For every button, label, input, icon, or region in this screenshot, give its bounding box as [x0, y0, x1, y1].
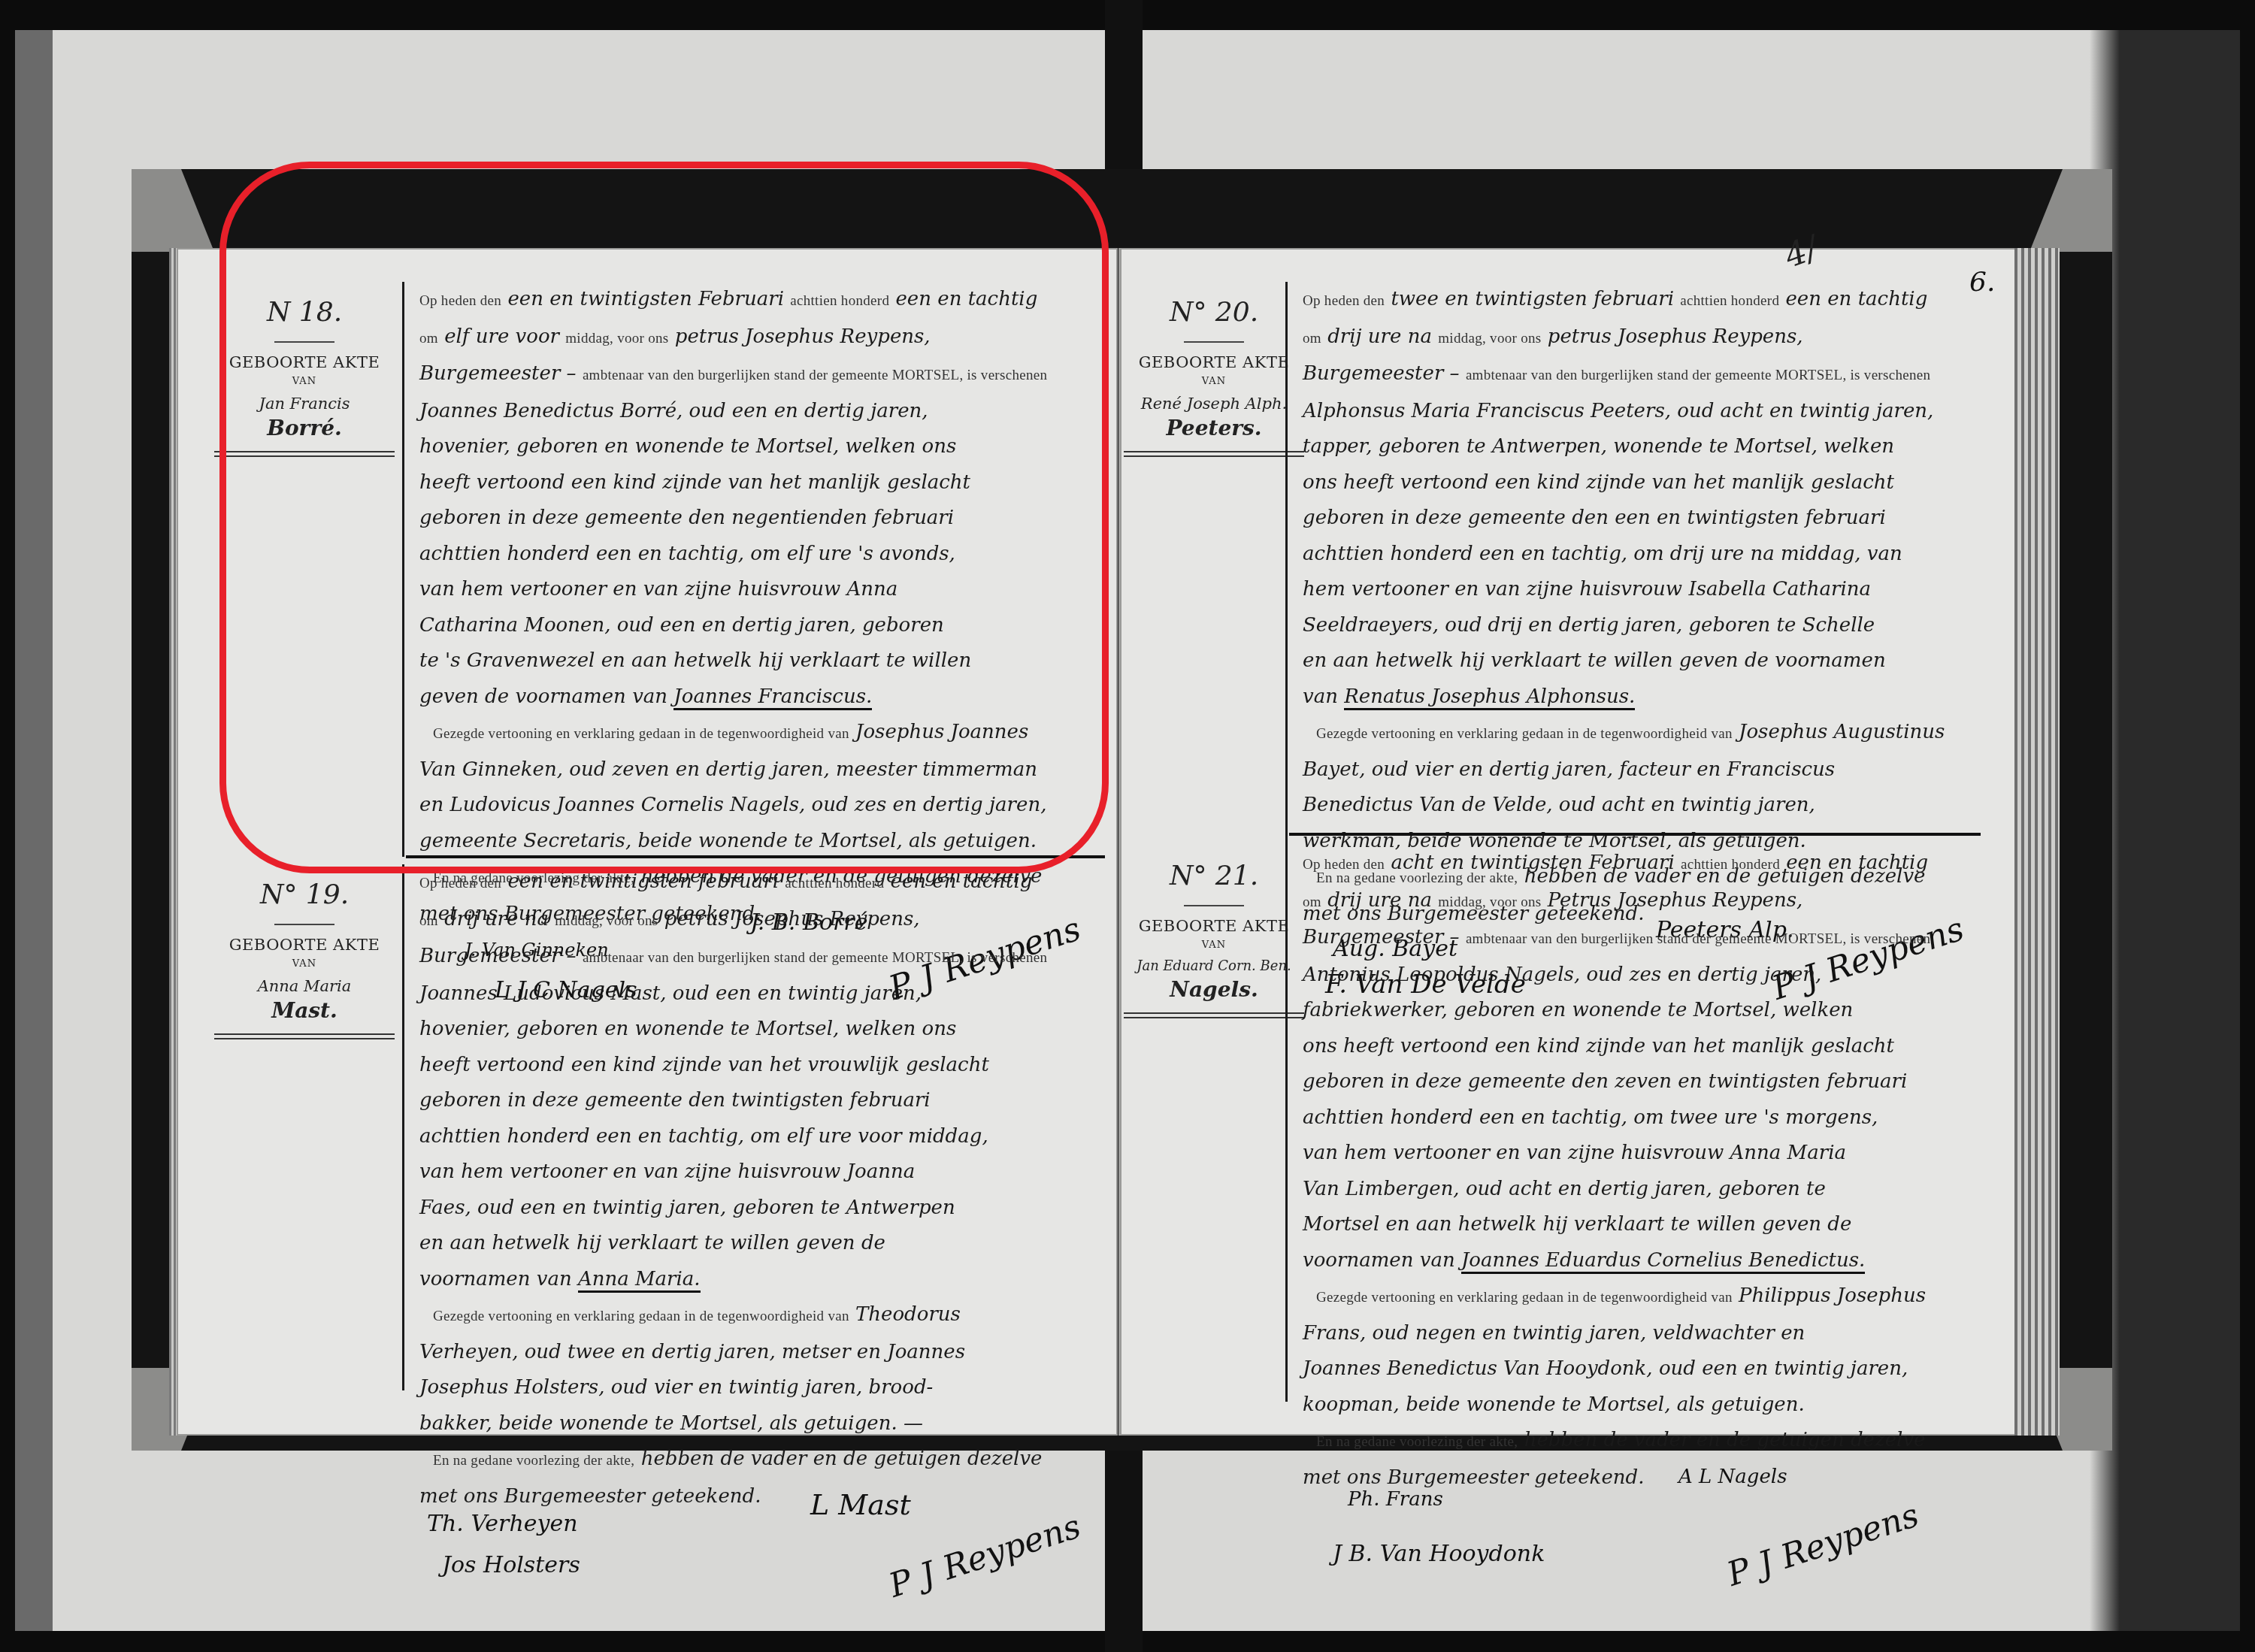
- record-line: achttien honderd een en tachtig, om drij…: [1303, 537, 1994, 573]
- divider: [274, 924, 334, 925]
- divider: [274, 341, 334, 343]
- given-names: Joannes Franciscus.: [673, 685, 872, 710]
- record-line: Alphonsus Maria Franciscus Peeters, oud …: [1303, 394, 1994, 430]
- record-line: om elf ure voor middag, voor ons petrus …: [419, 319, 1111, 357]
- double-rule: [214, 451, 395, 457]
- entry-divider: [1289, 833, 1981, 836]
- record-line: heeft vertoond een kind zijnde van het v…: [419, 1048, 1111, 1084]
- record-line: voornamen van Anna Maria.: [419, 1262, 1111, 1298]
- record-margin: N 18. GEBOORTE AKTE VAN Jan Francis Borr…: [210, 282, 398, 457]
- signature-block: A L Nagels Ph. Frans J B. Van Hooydonk P…: [1303, 1496, 1994, 1623]
- record-line: Mortsel en aan hetwelk hij verklaart te …: [1303, 1207, 1994, 1243]
- record-number: N° 20.: [1120, 297, 1308, 328]
- witness-line: bakker, beide wonende te Mortsel, als ge…: [419, 1406, 1111, 1442]
- record-line: Seeldraeyers, oud drij en dertig jaren, …: [1303, 608, 1994, 644]
- witness-line: Gezegde vertooning en verklaring gedaan …: [1303, 715, 1994, 752]
- record-line: Burgemeester – ambtenaar van den burgerl…: [419, 939, 1111, 976]
- record-margin: N° 19. GEBOORTE AKTE VAN Anna Maria Mast…: [210, 864, 398, 1039]
- record-line: geboren in deze gemeente den negentiende…: [419, 501, 1111, 537]
- signature-witness-2: Jos Holsters: [442, 1552, 580, 1578]
- witness-line: en Ludovicus Joannes Cornelis Nagels, ou…: [419, 788, 1111, 824]
- record-number: N° 21.: [1120, 861, 1308, 891]
- record-van: VAN: [1120, 376, 1308, 387]
- record-line: om drij ure na middag, voor ons Petrus J…: [1303, 883, 1994, 921]
- record-line: Antonius Leopoldus Nagels, oud zes en de…: [1303, 958, 1994, 994]
- child-surname: Borré.: [210, 416, 398, 440]
- record-line: Joannes Ludovicus Mast, oud een en twint…: [419, 976, 1111, 1012]
- record-line: heeft vertoond een kind zijnde van het m…: [419, 465, 1111, 501]
- witness-line: Bayet, oud vier en dertig jaren, facteur…: [1303, 752, 1994, 788]
- closing-line: met ons Burgemeester geteekend.: [419, 1479, 1111, 1515]
- record-line: hem vertooner en van zijne huisvrouw Isa…: [1303, 572, 1994, 608]
- witness-line: Van Ginneken, oud zeven en dertig jaren,…: [419, 752, 1111, 788]
- divider: [1184, 905, 1244, 906]
- record-line: Op heden den een en twintigsten februari…: [419, 864, 1111, 902]
- record-line: achttien honderd een en tachtig, om twee…: [1303, 1100, 1994, 1136]
- record-line: Faes, oud een en twintig jaren, geboren …: [419, 1191, 1111, 1227]
- record-line: Catharina Moonen, oud een en dertig jare…: [419, 608, 1111, 644]
- child-given-names: Anna Maria: [210, 977, 398, 995]
- record-body: Op heden den twee en twintigsten februar…: [1285, 282, 1994, 857]
- record-line: Op heden den twee en twintigsten februar…: [1303, 282, 1994, 319]
- child-surname: Nagels.: [1120, 977, 1308, 1002]
- given-names: Renatus Josephus Alphonsus.: [1344, 685, 1635, 710]
- witness-line: Verheyen, oud twee en dertig jaren, mets…: [419, 1335, 1111, 1371]
- record-line: ons heeft vertoond een kind zijnde van h…: [1303, 1029, 1994, 1065]
- signature-witness-2: J B. Van Hooydonk: [1333, 1541, 1545, 1567]
- record-line: hovenier, geboren en wonende te Mortsel,…: [419, 1012, 1111, 1048]
- record-line: geven de voornamen van Joannes Franciscu…: [419, 679, 1111, 716]
- record-line: van hem vertooner en van zijne huisvrouw…: [419, 572, 1111, 608]
- record-line: Van Limbergen, oud acht en dertig jaren,…: [1303, 1172, 1994, 1208]
- record-line: achttien honderd een en tachtig, om elf …: [419, 537, 1111, 573]
- record-number: N° 19.: [210, 879, 398, 910]
- record-line: om drij ure na middag, voor ons petrus J…: [1303, 319, 1994, 357]
- record-line: Op heden den acht en twintigsten Februar…: [1303, 846, 1994, 883]
- signature-witness-1: Ph. Frans: [1348, 1488, 1443, 1511]
- record-line: Burgemeester – ambtenaar van den burgerl…: [1303, 356, 1994, 394]
- record-heading: GEBOORTE AKTE: [210, 936, 398, 954]
- record-heading: GEBOORTE AKTE: [1120, 917, 1308, 935]
- record-heading: GEBOORTE AKTE: [1120, 353, 1308, 371]
- record-van: VAN: [1120, 939, 1308, 951]
- given-names: Joannes Eduardus Cornelius Benedictus.: [1461, 1249, 1865, 1274]
- record-line: Op heden den een en twintigsten Februari…: [419, 282, 1111, 319]
- double-rule: [1124, 451, 1304, 457]
- record-van: VAN: [210, 376, 398, 387]
- record-heading: GEBOORTE AKTE: [210, 353, 398, 371]
- record-line: en aan hetwelk hij verklaart te willen g…: [1303, 643, 1994, 679]
- record-line: fabriekwerker, geboren en wonende te Mor…: [1303, 993, 1994, 1029]
- witness-line: Benedictus Van de Velde, oud acht en twi…: [1303, 788, 1994, 824]
- divider: [1184, 341, 1244, 343]
- witness-line: Gezegde vertooning en verklaring gedaan …: [419, 715, 1111, 752]
- signature-mayor: P J Reypens: [885, 1507, 1085, 1605]
- closing-line: En na gedane voorlezing der akte, hebben…: [1303, 1423, 1994, 1460]
- signature-block: L Mast Th. Verheyen Jos Holsters P J Rey…: [419, 1514, 1111, 1642]
- child-surname: Mast.: [210, 998, 398, 1023]
- double-rule: [1124, 1012, 1304, 1018]
- witness-line: Josephus Holsters, oud vier en twintig j…: [419, 1370, 1111, 1406]
- record-margin: N° 21. GEBOORTE AKTE VAN Jan Eduard Corn…: [1120, 846, 1308, 1018]
- record-line: en aan hetwelk hij verklaart te willen g…: [419, 1226, 1111, 1262]
- record-line: ons heeft vertoond een kind zijnde van h…: [1303, 465, 1994, 501]
- witness-line: Frans, oud negen en twintig jaren, veldw…: [1303, 1316, 1994, 1352]
- signature-witness-1: Th. Verheyen: [427, 1511, 578, 1537]
- record-body: Op heden den acht en twintigsten Februar…: [1285, 846, 1994, 1402]
- child-given-names: Jan Francis: [210, 395, 398, 413]
- witness-line: gemeente Secretaris, beide wonende te Mo…: [419, 824, 1111, 860]
- record-line: Burgemeester – ambtenaar van den burgerl…: [419, 356, 1111, 394]
- signature-father: A L Nagels: [1678, 1466, 1787, 1488]
- record-body: Op heden den een en twintigsten februari…: [402, 864, 1111, 1390]
- record-line: om drij ure na middag, voor ons petrus J…: [419, 902, 1111, 939]
- record-line: te 's Gravenwezel en aan hetwelk hij ver…: [419, 643, 1111, 679]
- page-edges-right: [2014, 248, 2060, 1436]
- record-line: Burgemeester – ambtenaar van den burgerl…: [1303, 920, 1994, 958]
- record-van: VAN: [210, 958, 398, 970]
- witness-line: koopman, beide wonende te Mortsel, als g…: [1303, 1387, 1994, 1424]
- record-line: geboren in deze gemeente den twintigsten…: [419, 1083, 1111, 1119]
- double-rule: [214, 1033, 395, 1039]
- witness-line: Joannes Benedictus Van Hooydonk, oud een…: [1303, 1351, 1994, 1387]
- child-given-names: Jan Eduard Corn. Ben.: [1120, 958, 1308, 974]
- record-body: Op heden den een en twintigsten Februari…: [402, 282, 1111, 857]
- record-line: Joannes Benedictus Borré, oud een en der…: [419, 394, 1111, 430]
- witness-line: Gezegde vertooning en verklaring gedaan …: [419, 1297, 1111, 1335]
- record-number: N 18.: [210, 297, 398, 328]
- record-line: voornamen van Joannes Eduardus Cornelius…: [1303, 1243, 1994, 1279]
- record-line: tapper, geboren te Antwerpen, wonende te…: [1303, 429, 1994, 465]
- child-given-names: René Joseph Alph.: [1120, 395, 1308, 413]
- record-line: geboren in deze gemeente den zeven en tw…: [1303, 1064, 1994, 1100]
- record-line: van hem vertooner en van zijne huisvrouw…: [1303, 1136, 1994, 1172]
- record-line: achttien honderd een en tachtig, om elf …: [419, 1119, 1111, 1155]
- witness-line: Gezegde vertooning en verklaring gedaan …: [1303, 1278, 1994, 1316]
- child-surname: Peeters.: [1120, 416, 1308, 440]
- signature-father: L Mast: [810, 1488, 911, 1521]
- record-line: hovenier, geboren en wonende te Mortsel,…: [419, 429, 1111, 465]
- record-line: geboren in deze gemeente den een en twin…: [1303, 501, 1994, 537]
- record-line: van hem vertooner en van zijne huisvrouw…: [419, 1154, 1111, 1191]
- closing-line: En na gedane voorlezing der akte, hebben…: [419, 1442, 1111, 1479]
- entry-divider: [406, 855, 1105, 858]
- record-line: van Renatus Josephus Alphonsus.: [1303, 679, 1994, 716]
- signature-mayor: P J Reypens: [1723, 1496, 1924, 1593]
- record-margin: N° 20. GEBOORTE AKTE VAN René Joseph Alp…: [1120, 282, 1308, 457]
- given-names: Anna Maria.: [578, 1268, 701, 1293]
